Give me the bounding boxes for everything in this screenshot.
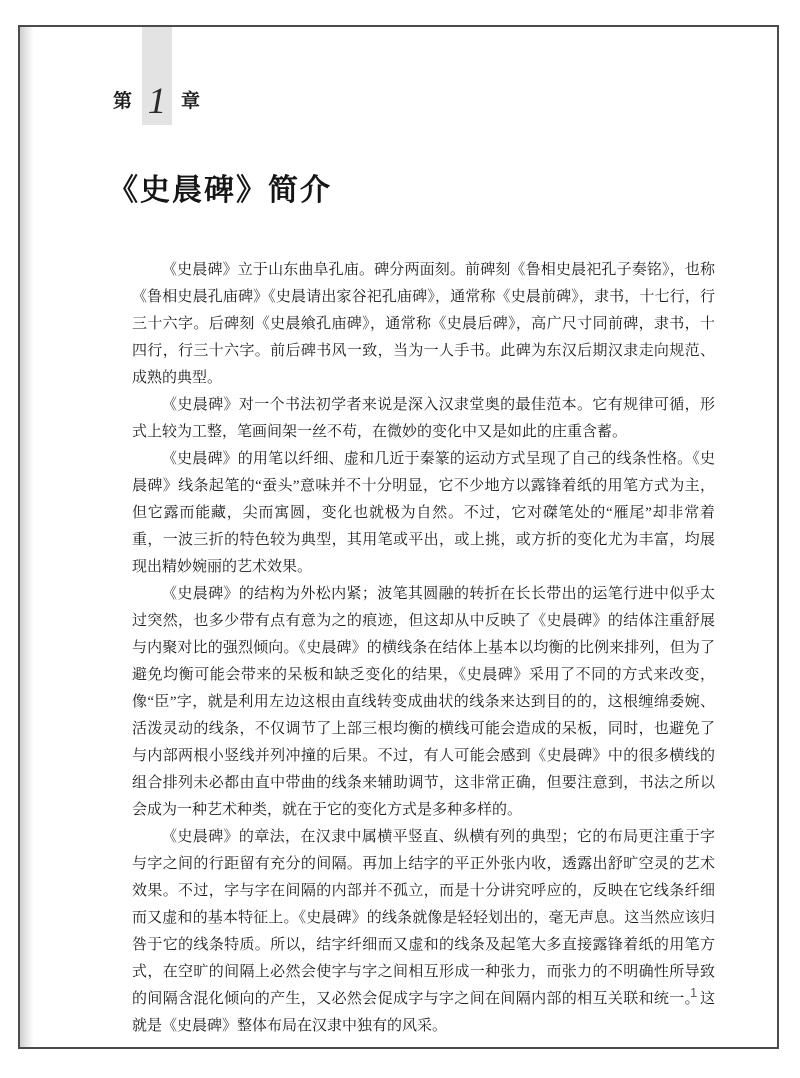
body-text: 《史晨碑》立于山东曲阜孔庙。碑分两面刻。前碑刻《鲁相史晨祀孔子奏铭》，也称《鲁相… <box>132 257 715 1040</box>
chapter-title: 《史晨碑》简介 <box>108 174 332 207</box>
book-page: 1 第 章 《史晨碑》简介 《史晨碑》立于山东曲阜孔庙。碑分两面刻。前碑刻《鲁相… <box>18 25 779 1049</box>
chapter-number: 1 <box>148 83 167 125</box>
page-gutter-shadow <box>20 27 34 1047</box>
body-paragraph: 《史晨碑》的用笔以纤细、虚和几近于秦篆的运动方式呈现了自己的线条性格。《史晨碑》… <box>132 446 715 581</box>
body-paragraph: 《史晨碑》对一个书法初学者来说是深入汉隶堂奥的最佳范本。它有规律可循，形式上较为… <box>132 392 715 446</box>
chapter-number-bar: 1 <box>142 27 172 125</box>
body-paragraph: 《史晨碑》的结构为外松内紧；波笔其圆融的转折在长长带出的运笔行进中似乎太过突然，… <box>132 581 715 824</box>
page-number: 1 <box>690 985 697 1000</box>
body-paragraph: 《史晨碑》立于山东曲阜孔庙。碑分两面刻。前碑刻《鲁相史晨祀孔子奏铭》，也称《鲁相… <box>132 257 715 392</box>
scan-canvas: 1 第 章 《史晨碑》简介 《史晨碑》立于山东曲阜孔庙。碑分两面刻。前碑刻《鲁相… <box>0 0 800 1078</box>
chapter-prefix-label: 第 <box>113 92 132 111</box>
chapter-suffix-label: 章 <box>181 92 200 111</box>
body-paragraph: 《史晨碑》的章法，在汉隶中属横平竖直、纵横有列的典型；它的布局更注重于字与字之间… <box>132 824 715 1040</box>
